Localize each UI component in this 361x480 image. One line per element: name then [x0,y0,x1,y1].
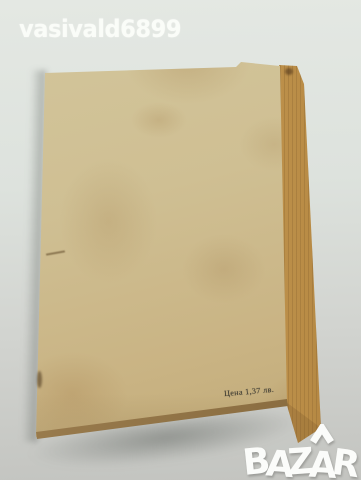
bazar-logo: B A Z A R [243,424,361,480]
bag-handle-icon [313,428,331,442]
cover-corner-stain [285,68,293,75]
logo-letter: R [329,442,361,480]
cover-edge-stain [37,371,42,388]
seller-watermark: vasivald6899 [19,15,181,43]
photo-background: Цена 1,37 лв. vasivald6899 B A Z A R [0,0,361,480]
